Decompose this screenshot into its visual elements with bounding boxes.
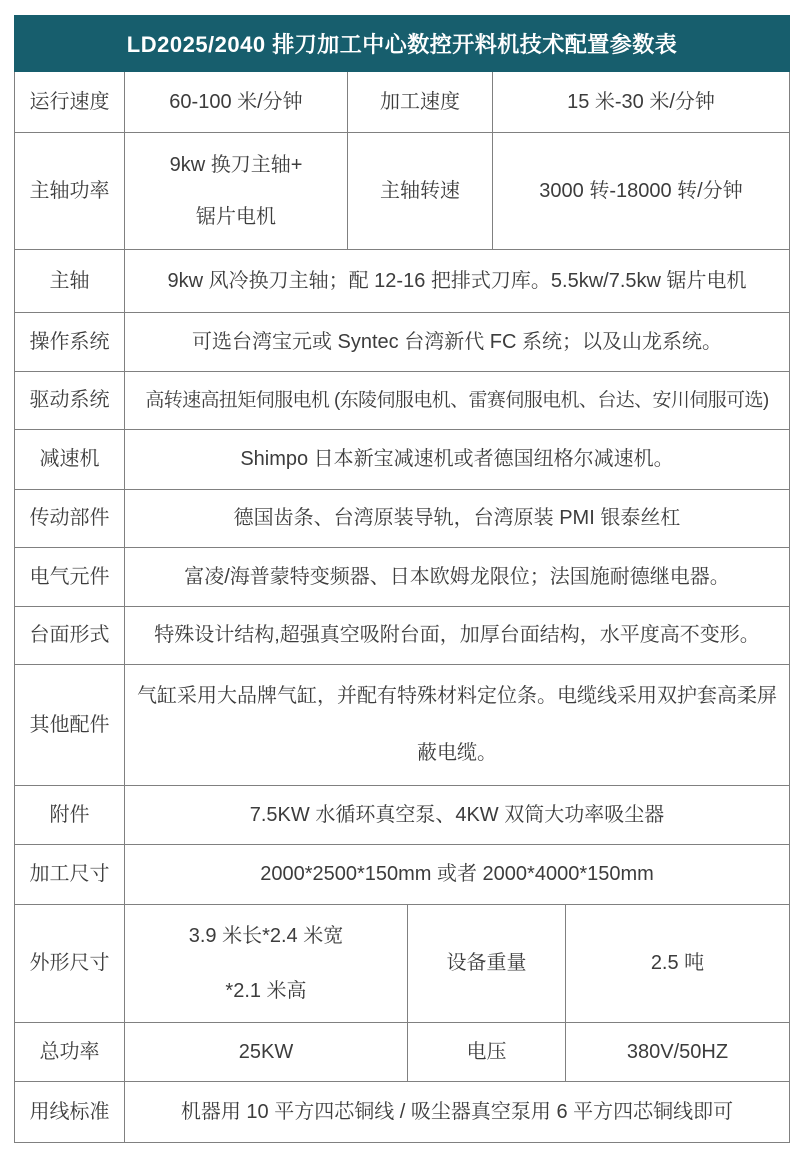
table-row: 加工尺寸 2000*2500*150mm 或者 2000*4000*150mm: [15, 845, 789, 905]
spec-value: 9kw 换刀主轴+ 锯片电机: [125, 133, 348, 250]
table-row: 台面形式 特殊设计结构,超强真空吸附台面，加厚台面结构，水平度高不变形。: [15, 607, 789, 665]
spec-label: 加工速度: [348, 72, 493, 133]
spec-value: 德国齿条、台湾原装导轨，台湾原装 PMI 银泰丝杠: [125, 490, 789, 548]
spec-value: 高转速高扭矩伺服电机 (东陵伺服电机、雷赛伺服电机、台达、安川伺服可选): [125, 372, 789, 430]
spec-label: 电气元件: [15, 548, 125, 607]
page: LD2025/2040 排刀加工中心数控开料机技术配置参数表 运行速度 60-1…: [0, 0, 800, 1172]
table-row: 操作系统 可选台湾宝元或 Syntec 台湾新代 FC 系统；以及山龙系统。: [15, 313, 789, 372]
table-row: 其他配件 气缸采用大品牌气缸，并配有特殊材料定位条。电缆线采用双护套高柔屏蔽电缆…: [15, 665, 789, 786]
table-row: 用线标准 机器用 10 平方四芯铜线 / 吸尘器真空泵用 6 平方四芯铜线即可: [15, 1082, 789, 1142]
spec-label: 减速机: [15, 430, 125, 490]
table-header: LD2025/2040 排刀加工中心数控开料机技术配置参数表: [14, 15, 790, 72]
spec-label: 设备重量: [408, 905, 566, 1023]
spec-label: 驱动系统: [15, 372, 125, 430]
spec-value: 3.9 米长*2.4 米宽 *2.1 米高: [125, 905, 408, 1023]
spec-label: 台面形式: [15, 607, 125, 665]
spec-value: 7.5KW 水循环真空泵、4KW 双筒大功率吸尘器: [125, 786, 789, 845]
spec-label: 运行速度: [15, 72, 125, 133]
table-title: LD2025/2040 排刀加工中心数控开料机技术配置参数表: [127, 28, 677, 59]
spec-value: 气缸采用大品牌气缸，并配有特殊材料定位条。电缆线采用双护套高柔屏蔽电缆。: [125, 665, 789, 786]
table-row: 驱动系统 高转速高扭矩伺服电机 (东陵伺服电机、雷赛伺服电机、台达、安川伺服可选…: [15, 372, 789, 430]
spec-value: 25KW: [125, 1023, 408, 1082]
spec-value: 380V/50HZ: [566, 1023, 789, 1082]
table-row: 主轴功率 9kw 换刀主轴+ 锯片电机 主轴转速 3000 转-18000 转/…: [15, 133, 789, 250]
spec-value: 2.5 吨: [566, 905, 789, 1023]
spec-value: 富凌/海普蒙特变频器、日本欧姆龙限位；法国施耐德继电器。: [125, 548, 789, 607]
spec-label: 传动部件: [15, 490, 125, 548]
spec-value: Shimpo 日本新宝减速机或者德国纽格尔减速机。: [125, 430, 789, 490]
table-row: 主轴 9kw 风冷换刀主轴；配 12-16 把排式刀库。5.5kw/7.5kw …: [15, 250, 789, 313]
spec-value: 可选台湾宝元或 Syntec 台湾新代 FC 系统；以及山龙系统。: [125, 313, 789, 372]
table-grid: 运行速度 60-100 米/分钟 加工速度 15 米-30 米/分钟 主轴功率 …: [14, 72, 790, 1143]
spec-label: 总功率: [15, 1023, 125, 1082]
spec-value: 机器用 10 平方四芯铜线 / 吸尘器真空泵用 6 平方四芯铜线即可: [125, 1082, 789, 1142]
spec-label: 外形尺寸: [15, 905, 125, 1023]
table-row: 电气元件 富凌/海普蒙特变频器、日本欧姆龙限位；法国施耐德继电器。: [15, 548, 789, 607]
spec-label: 主轴: [15, 250, 125, 313]
spec-table: LD2025/2040 排刀加工中心数控开料机技术配置参数表 运行速度 60-1…: [14, 15, 790, 1143]
table-row: 传动部件 德国齿条、台湾原装导轨，台湾原装 PMI 银泰丝杠: [15, 490, 789, 548]
spec-label: 主轴转速: [348, 133, 493, 250]
spec-value: 3000 转-18000 转/分钟: [493, 133, 789, 250]
spec-label: 其他配件: [15, 665, 125, 786]
spec-value: 2000*2500*150mm 或者 2000*4000*150mm: [125, 845, 789, 905]
spec-label: 主轴功率: [15, 133, 125, 250]
table-row: 总功率 25KW 电压 380V/50HZ: [15, 1023, 789, 1082]
table-row: 外形尺寸 3.9 米长*2.4 米宽 *2.1 米高 设备重量 2.5 吨: [15, 905, 789, 1023]
spec-label: 电压: [408, 1023, 566, 1082]
spec-value: 60-100 米/分钟: [125, 72, 348, 133]
spec-label: 加工尺寸: [15, 845, 125, 905]
table-row: 运行速度 60-100 米/分钟 加工速度 15 米-30 米/分钟: [15, 72, 789, 133]
spec-label: 操作系统: [15, 313, 125, 372]
table-row: 附件 7.5KW 水循环真空泵、4KW 双筒大功率吸尘器: [15, 786, 789, 845]
spec-value: 9kw 风冷换刀主轴；配 12-16 把排式刀库。5.5kw/7.5kw 锯片电…: [125, 250, 789, 313]
table-row: 减速机 Shimpo 日本新宝减速机或者德国纽格尔减速机。: [15, 430, 789, 490]
spec-value: 15 米-30 米/分钟: [493, 72, 789, 133]
spec-value: 特殊设计结构,超强真空吸附台面，加厚台面结构，水平度高不变形。: [125, 607, 789, 665]
spec-label: 用线标准: [15, 1082, 125, 1142]
spec-label: 附件: [15, 786, 125, 845]
